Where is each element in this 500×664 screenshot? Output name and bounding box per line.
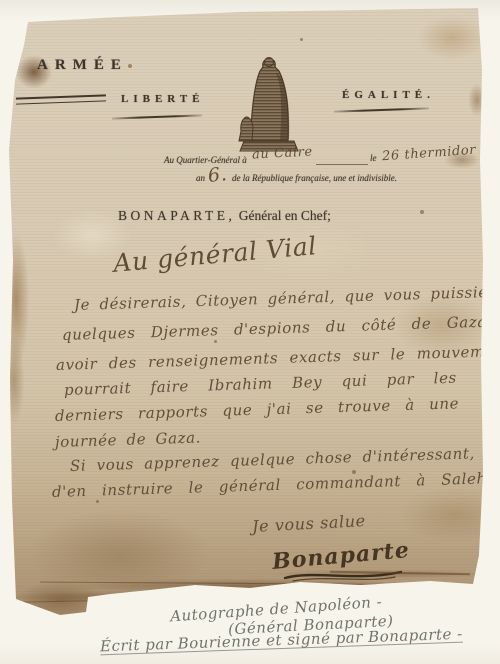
liberte-label: LIBERTÉ [121,93,205,105]
dateline-printed-republic: de la République française, une et indiv… [232,173,397,183]
dateline-blank-rule [316,164,368,165]
armee-masthead: ARMÉE [37,57,128,74]
scratch-mark [40,581,470,585]
dateline-printed-an: an [196,173,205,183]
bonaparte-heading-rest: Général en Chef; [235,208,331,223]
dateline-handwritten-year: 6. [207,163,229,187]
bonaparte-heading: BONAPARTE, Général en Chef; [118,208,331,224]
body-line: quelques Djermes d'espions du côté de Ga… [62,311,500,344]
closing-salute: Je vous salue [252,511,367,536]
republic-statue-engraving [232,55,306,153]
fox-spot [352,470,356,474]
body-line: derniers rapports que j'ai se trouve à u… [55,394,460,425]
masthead-rule [16,94,106,104]
fox-spot [96,500,99,503]
fox-spot [128,64,132,68]
letter-paper: ARMÉE LIBERTÉ ÉGALITÉ. Au Quartier-Génér… [0,0,500,622]
fox-spot [300,38,303,41]
dateline-printed-le: le [370,153,377,163]
body-line: Je désirerais, Citoyen général, que vous… [74,280,500,314]
body-line: pourrait faire Ibrahim Bey qui par les [64,369,457,399]
egalite-underline [334,107,429,112]
signature-flourish [283,567,405,585]
dateline-handwritten-place: au Caire [252,144,314,162]
fox-spot [214,340,217,343]
scanned-letter-photo: ARMÉE LIBERTÉ ÉGALITÉ. Au Quartier-Génér… [0,0,500,664]
liberte-underline [112,114,202,119]
salutation-line: Au général Vial [112,231,318,278]
dateline-handwritten-date: 26 thermidor [382,143,477,165]
body-line: journée de Gaza. [55,428,202,451]
bonaparte-heading-caps: BONAPARTE, [118,208,235,223]
egalite-label: ÉGALITÉ. [342,89,435,101]
scratch-mark [20,598,200,602]
fox-spot [420,210,424,214]
dateline-printed-prefix: Au Quartier-Général à [164,155,247,165]
